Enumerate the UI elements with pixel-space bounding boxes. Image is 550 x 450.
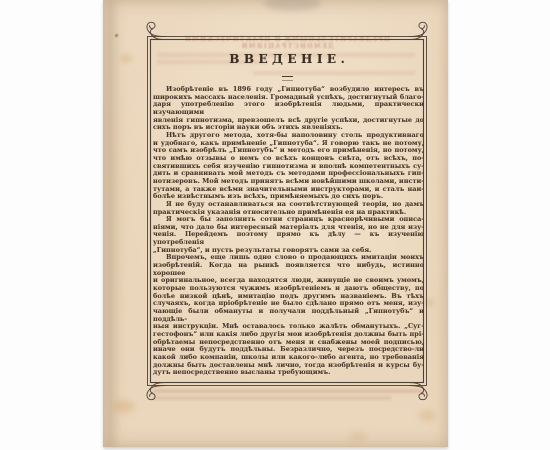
page-title: ВВЕДЕНІЕ. — [147, 52, 427, 66]
paragraph: Изобрѣтеніе въ 1896 году „Гипнотуба“ воз… — [153, 86, 424, 132]
scanned-photo-background: ПРЕДВАРИТЕЛЬНЫМИ И ПРАКТИЧЕСКИМИ ДЕМОНСТ… — [0, 0, 550, 450]
paragraph: Я могъ бы заполнить сотни страницъ красн… — [153, 216, 424, 254]
body-text: Изобрѣтеніе въ 1896 году „Гипнотуба“ воз… — [153, 86, 424, 377]
text-line: дутъ непосредственно высланы требующимъ. — [153, 369, 424, 377]
paragraph: Впрочемъ, еще лишь одно слово о продающи… — [153, 254, 424, 377]
paragraph: Я не буду останавливаться на соотвѣтству… — [153, 201, 424, 216]
title-divider — [282, 76, 293, 81]
paragraph: Нѣтъ другого метода, хотя-бы наполовину … — [153, 132, 424, 201]
text-line: даря употребленію этого изобрѣтенія людь… — [153, 101, 424, 116]
book-page: ПРЕДВАРИТЕЛЬНЫМИ И ПРАКТИЧЕСКИМИ ДЕМОНСТ… — [103, 0, 448, 447]
text-line: изобрѣтеній. Когда на рынкѣ появляется ч… — [153, 262, 424, 277]
text-line: ченія. Перейдемъ поэтому прямо къ дѣлу —… — [153, 231, 424, 246]
